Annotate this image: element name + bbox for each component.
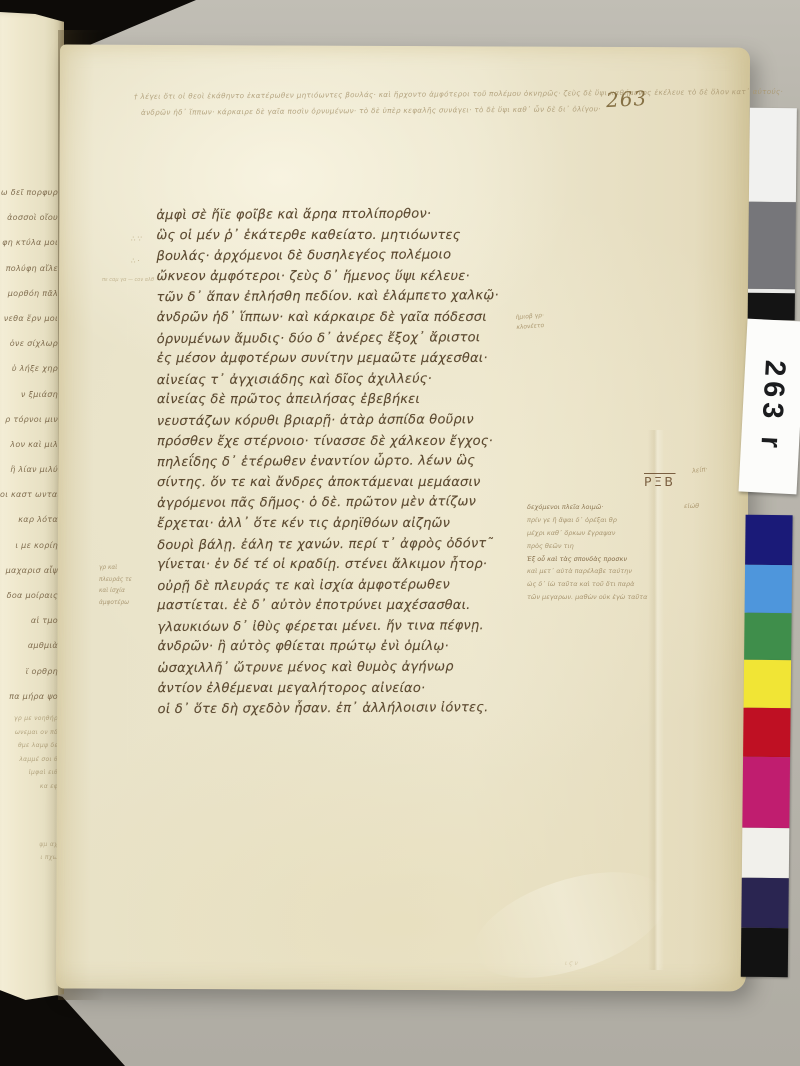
facing-page-line-fragment: αμθμιὰ [0,633,58,658]
color-bar-block-black-2 [741,928,789,977]
facing-page-line-fragment: ω δεῖ πορφυρ [0,180,58,205]
left-margin-gloss-line: καὶ ἰσχία [99,586,155,598]
facing-page-last-fragment: ψμ αχ [0,838,58,851]
text-line: αἰνείας τ᾽ ἀγχισιάδης καὶ δῖος ἀχιλλεύς· [157,369,547,392]
text-line: ἀγρόμενοι πᾶς δῆμος· ὁ δὲ. πρῶτον μὲν ἀτ… [157,492,547,515]
text-line: ἔρχεται· ἀλλ᾽ ὅτε κέν τις ἀρηϊθόων αἰζηῶ… [157,514,547,535]
facing-page-line-fragment: ἀοσσοὶ οἴου [0,205,58,230]
text-line: πρόσθεν ἔχε στέρνοιο· τίνασσε δὲ χάλκεον… [157,431,547,452]
text-line: ἐς μέσον ἀμφοτέρων συνίτην μεμαῶτε μάχεσ… [157,349,547,370]
text-line: νευστάζων κόρυθι βριαρῇ· ἀτὰρ ἀσπίδα θοῦ… [157,410,547,433]
right-margin-gloss-line: κλονέετο [516,321,545,333]
facing-page-line-fragment: ι με κορίη [0,533,58,558]
facing-page-line-fragment: ρ τόρνοι μιν [0,407,58,432]
scholion-line: δεχόμενοι πλεῖα λοιμῶ· [527,501,679,514]
facing-page-faint-fragments: γρ με νοηθήρωνεμαι ον πδθμε λαμψ δελαμμέ… [0,712,58,793]
facing-page-faint-fragment: θμε λαμψ δε [0,739,58,753]
margin-dot-mark-2: ∴· [131,257,142,265]
color-bar-block-white [749,108,797,202]
text-line: αἰνείας δὲ πρῶτος ἀπειλήσας ἐβεβήκει [157,390,547,411]
color-bar-block-magenta [742,757,790,828]
text-line: ἀντίον ἐλθέμεναι μεγαλήτορος αἰνείαο· [158,679,548,700]
facing-page-line-fragment: ν ξμιάση [0,382,58,407]
scholion-line: πρὸς θεῶν τιη [527,540,679,553]
scholion-line: καὶ μετ᾽ αὐτὰ παρέλαβε ταύτην [527,565,679,578]
facing-page-line-fragment: φη κτύλα μοι [0,230,58,255]
text-line: γλαυκιόων δ᾽ ἰθὺς φέρεται μένει. ἤν τινα… [157,616,547,639]
facing-page-line-fragment: δοα μοίραις [0,583,58,608]
left-margin-gloss-line: γρ καὶ [99,563,155,575]
left-margin-gloss-line: πλευράς τε [99,575,155,587]
facing-page-line-fragment: πολύφη αἴλε [0,256,58,281]
facing-page-line-fragment: καρ λότα [0,507,58,532]
left-margin-micro-note: πε ϲαμ γα — ϲον αλθ [102,276,154,285]
facing-page-line-fragment: νεθα ἔρν μοι [0,306,58,331]
facing-page-line-fragment: λον καὶ μιλ [0,432,58,457]
color-calibration-bar [740,0,798,1066]
facing-page-faint-fragment: κα εφ [0,780,58,794]
text-line: γίνεται· ἐν δέ τέ οἱ κραδίῃ. στένει ἄλκι… [157,555,547,576]
facing-page-last-fragments: ψμ αχι πχω [0,838,58,864]
text-line: ὣς οἱ μέν ῥ᾽ ἑκάτερθε καθείατο. μητιόωντ… [156,225,546,246]
color-bar-block-black [748,289,795,320]
scholion-line: μέχρι καθ᾽ ὅρκων ἔγραψαν [527,527,679,540]
main-text-block: ἀμφὶ σὲ ἤϊε φοῖβε καὶ ἄρηα πτολίπορθον·ὣ… [156,204,547,720]
text-line: οἱ δ᾽ ὅτε δὴ σχεδὸν ἦσαν. ἐπ᾽ ἀλλήλοισιν… [158,698,548,721]
facing-page-line-fragment: πα μήρα ψο [0,684,58,709]
facing-page-line-fragment: ὑ λήξε χηρ [0,356,58,381]
facing-page-faint-fragment: ϊμφαὶ ειθ [0,766,58,780]
facing-page-faint-fragment: γρ με νοηθήρ [0,712,58,726]
color-bar-block-indigo [741,878,789,928]
right-margin-gloss: ἡμιοβ γρ·κλονέετο [515,311,545,333]
text-line: ὤκνεον ἀμφότεροι· ζεὺς δ᾽ ἥμενος ὕψι κέλ… [157,267,547,288]
scholion-line: τῶν μεγαρων. μαθὼν οὐκ ἐγὼ ταῦτα [527,591,679,604]
color-bar-block-yellow [744,660,792,708]
color-bar-block-gray [748,202,796,289]
color-bar-block-light-blue [745,565,793,613]
margin-dot-mark-1: ∴∵ [131,235,144,243]
scholion-line: πρίν γε ἢ ἅψαι δ᾽ ὀρέξαι θρ [527,514,679,527]
facing-page-line-fragment: ἢ λίαν μιλύ [0,457,58,482]
margin-note-lower: εἰώθ [684,502,699,510]
text-line: οὐρῇ δὲ πλευράς τε καὶ ἰσχία ἀμφοτέρωθεν [157,575,547,598]
manuscript-photo: ω δεῖ πορφυρἀοσσοὶ οἴουφη κτύλα μοιπολύφ… [0,0,800,1066]
color-bar-block-red [743,708,791,757]
text-line: μαστίεται. ἑὲ δ᾽ αὐτὸν ἐποτρύνει μαχέσασ… [157,596,547,617]
color-bar-block-dark-blue [745,515,793,565]
color-bar-block-white-2 [742,828,790,878]
text-line: ἀνδρῶν· ἢ αὐτὸς φθίεται πρώτῳ ἐνὶ ὁμίλῳ· [157,637,547,658]
text-line: ἀνδρῶν ἠδ᾽ ἵππων· καὶ κάρκαιρε δὲ γαῖα π… [157,308,547,329]
scholion-line: ὡς δ᾽ ἰὼ ταῦτα καὶ τοῦ ὅτι παρὰ [527,578,679,591]
color-bar-block-green [744,613,791,660]
folio-label-text: 263 r [753,359,791,453]
right-margin-scholion: δεχόμενοι πλεῖα λοιμῶ·πρίν γε ἢ ἅψαι δ᾽ … [527,501,679,604]
text-line: ὀρνυμένων ἄμυδις· δύο δ᾽ ἀνέρες ἔξοχ᾽ ἄρ… [157,327,547,350]
facing-page-line-fragment: μορθόη πᾶλ [0,281,58,306]
folio-number: 263 [605,86,647,112]
left-margin-gloss-line: ἀμφοτέρω [99,598,155,610]
facing-page-line-fragment: μαχαρισ αἶψ [0,558,58,583]
stichometric-number: ΡΞΒ [644,474,676,489]
folio-label: 263 r [739,319,800,495]
facing-page-last-fragment: ι πχω [0,851,58,864]
facing-page-text-fragments: ω δεῖ πορφυρἀοσσοὶ οἴουφη κτύλα μοιπολύφ… [0,180,58,709]
facing-page-line-fragment: αἱ τμο [0,608,58,633]
facing-page-line-fragment: ὀνε σίχλωρ [0,331,58,356]
text-line: σίντης. ὅν τε καὶ ἄνδρες ἀποκτάμεναι μεμ… [157,473,547,494]
scholion-line: Ἐξ οὗ καὶ τὰς σπονδὰς προσκν [527,553,679,566]
left-margin-gloss: γρ καὶπλευράς τεκαὶ ἰσχίαἀμφοτέρω [99,563,155,609]
facing-page-line-fragment: οι καστ ωνται [0,482,58,507]
bottom-faint-mark: ι ϛ ν [565,960,578,967]
facing-page-line-fragment: ϊ ορθρη [0,659,58,684]
text-line: βουλάς· ἀρχόμενοι δὲ δυσηλεγέος πολέμοιο [156,245,546,268]
text-line: δουρὶ βάλῃ. ἐάλη τε χανών. περί τ᾽ ἀφρὸς… [157,533,547,556]
facing-page-edge: ω δεῖ πορφυρἀοσσοὶ οἴουφη κτύλα μοιπολύφ… [0,12,64,1004]
text-line: πηλεΐδης δ᾽ ἑτέρωθεν ἐναντίον ὦρτο. λέων… [157,451,547,474]
text-line: ὡσαχιλλῆ᾽ ὤτρυνε μένος καὶ θυμὸς ἀγήνωρ [157,657,547,680]
text-line: ἀμφὶ σὲ ἤϊε φοῖβε καὶ ἄρηα πτολίπορθον· [156,204,546,227]
text-line: τῶν δ᾽ ἅπαν ἐπλήσθη πεδίον. καὶ ἐλάμπετο… [157,286,547,309]
facing-page-faint-fragment: ωνεμαι ον πδ [0,726,58,740]
facing-page-faint-fragment: λαμμέ σοι θ [0,753,58,767]
